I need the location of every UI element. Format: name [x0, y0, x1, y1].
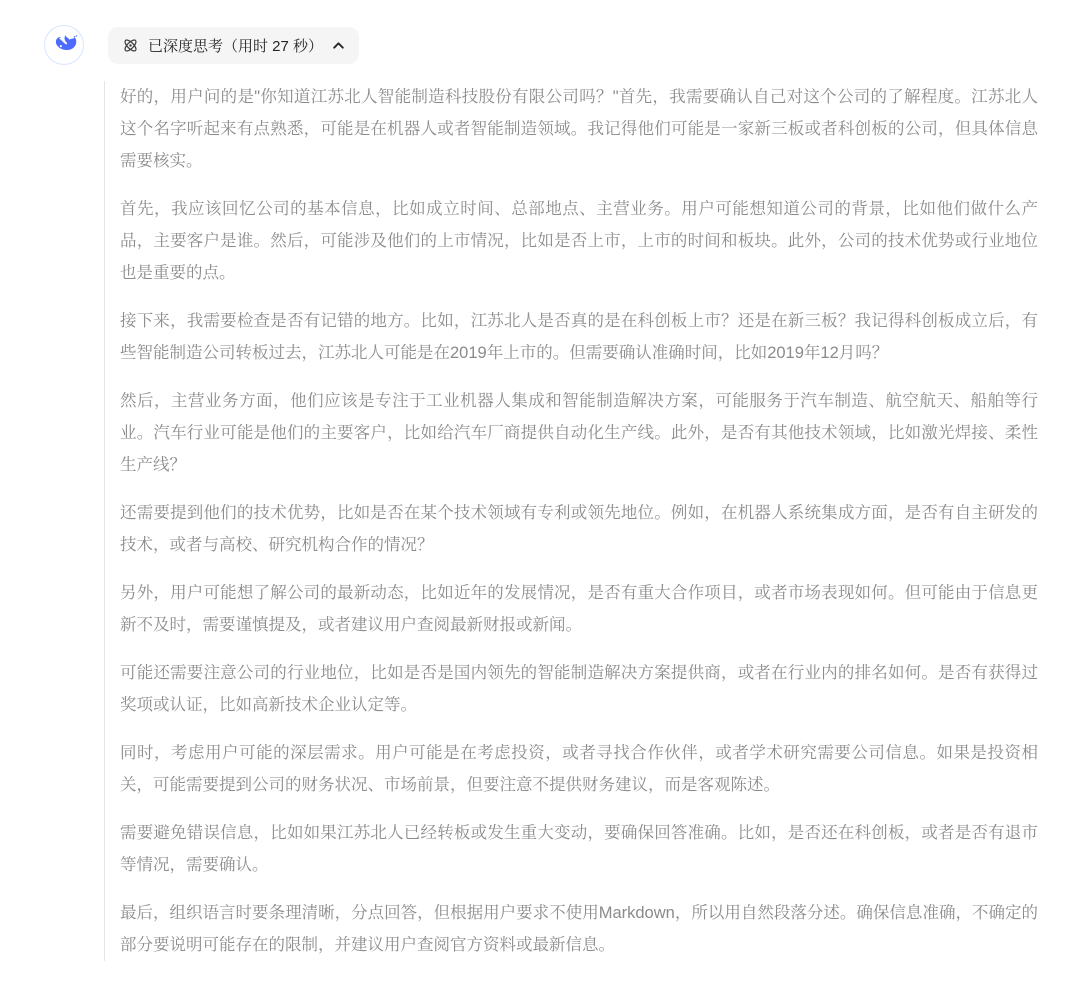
thinking-paragraph: 首先，我应该回忆公司的基本信息，比如成立时间、总部地点、主营业务。用户可能想知道… — [120, 193, 1038, 289]
thinking-paragraph: 最后，组织语言时要条理清晰，分点回答，但根据用户要求不使用Markdown，所以… — [120, 897, 1038, 961]
assistant-avatar — [44, 25, 84, 65]
deep-think-atom-icon — [122, 37, 139, 54]
deepseek-whale-icon — [51, 32, 77, 58]
thinking-paragraph: 可能还需要注意公司的行业地位，比如是否是国内领先的智能制造解决方案提供商，或者在… — [120, 657, 1038, 721]
thinking-toggle-button[interactable]: 已深度思考（用时 27 秒） — [108, 27, 359, 64]
thinking-paragraph: 还需要提到他们的技术优势，比如是否在某个技术领域有专利或领先地位。例如，在机器人… — [120, 497, 1038, 561]
assistant-message-content: 已深度思考（用时 27 秒） 好的，用户问的是"你知道江苏北人智能制造科技股份有… — [104, 25, 1038, 961]
thinking-paragraph: 需要避免错误信息，比如如果江苏北人已经转板或发生重大变动，要确保回答准确。比如，… — [120, 817, 1038, 881]
thinking-content: 好的，用户问的是"你知道江苏北人智能制造科技股份有限公司吗？"首先，我需要确认自… — [104, 81, 1038, 961]
assistant-message: 已深度思考（用时 27 秒） 好的，用户问的是"你知道江苏北人智能制造科技股份有… — [0, 0, 1080, 961]
thinking-toggle-label: 已深度思考（用时 27 秒） — [148, 35, 323, 56]
chevron-up-icon — [332, 39, 345, 52]
thinking-paragraph: 另外，用户可能想了解公司的最新动态，比如近年的发展情况，是否有重大合作项目，或者… — [120, 577, 1038, 641]
thinking-paragraph: 接下来，我需要检查是否有记错的地方。比如，江苏北人是否真的是在科创板上市？还是在… — [120, 305, 1038, 369]
thinking-paragraph: 好的，用户问的是"你知道江苏北人智能制造科技股份有限公司吗？"首先，我需要确认自… — [120, 81, 1038, 177]
thinking-paragraph: 然后，主营业务方面，他们应该是专注于工业机器人集成和智能制造解决方案，可能服务于… — [120, 385, 1038, 481]
chat-page: { "assistant": { "avatar": { "icon": "de… — [0, 0, 1080, 998]
thinking-paragraph: 同时，考虑用户可能的深层需求。用户可能是在考虑投资，或者寻找合作伙伴，或者学术研… — [120, 737, 1038, 801]
